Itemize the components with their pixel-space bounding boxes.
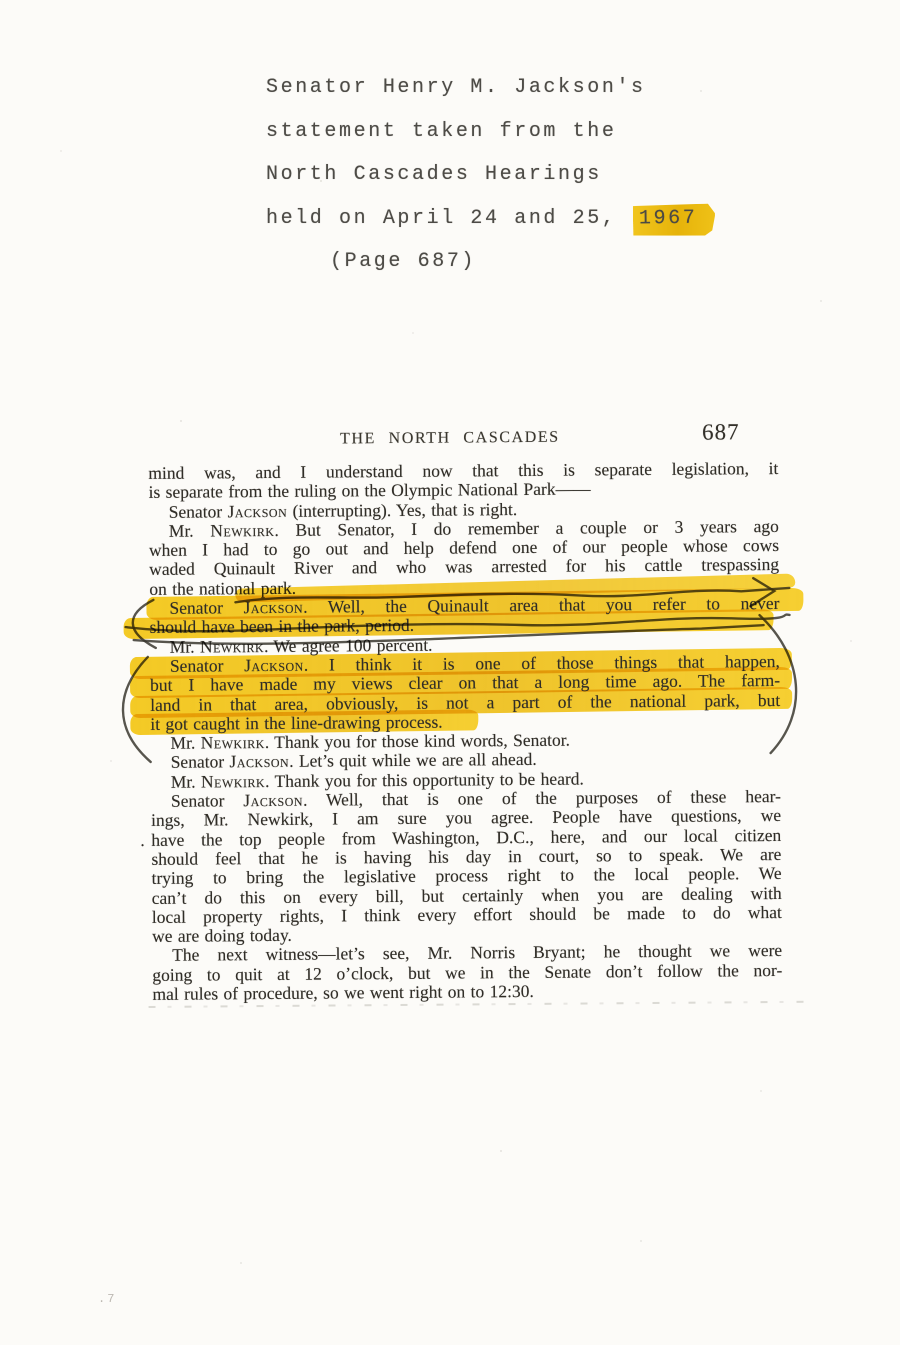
pen-paren-right — [760, 615, 797, 753]
scan-speckles — [0, 0, 2, 2]
pen-annotations — [140, 419, 817, 1044]
pen-squiggle-top — [235, 588, 789, 602]
scanned-document: Senator Henry M. Jackson's statement tak… — [0, 0, 900, 1345]
typed-note-line: North Cascades Hearings — [266, 153, 715, 197]
highlight-1967: 1967 — [633, 203, 716, 236]
printed-page: THE NORTH CASCADES 687 mind was, and I u… — [140, 419, 817, 1044]
pen-arrow-right-icon — [750, 578, 774, 606]
typed-note-page-ref: (Page 687) — [330, 240, 715, 284]
typed-note-line: held on April 24 and 25, 1967 — [266, 197, 715, 241]
typed-note-line: Senator Henry M. Jackson's — [266, 66, 715, 110]
pen-underline — [134, 625, 764, 645]
typed-note-line: statement taken from the — [266, 110, 715, 154]
typed-note-date-prefix: held on April 24 and 25, — [266, 207, 631, 230]
typed-note: Senator Henry M. Jackson's statement tak… — [266, 66, 715, 284]
faint-pencil-mark: .7 — [98, 1292, 116, 1306]
